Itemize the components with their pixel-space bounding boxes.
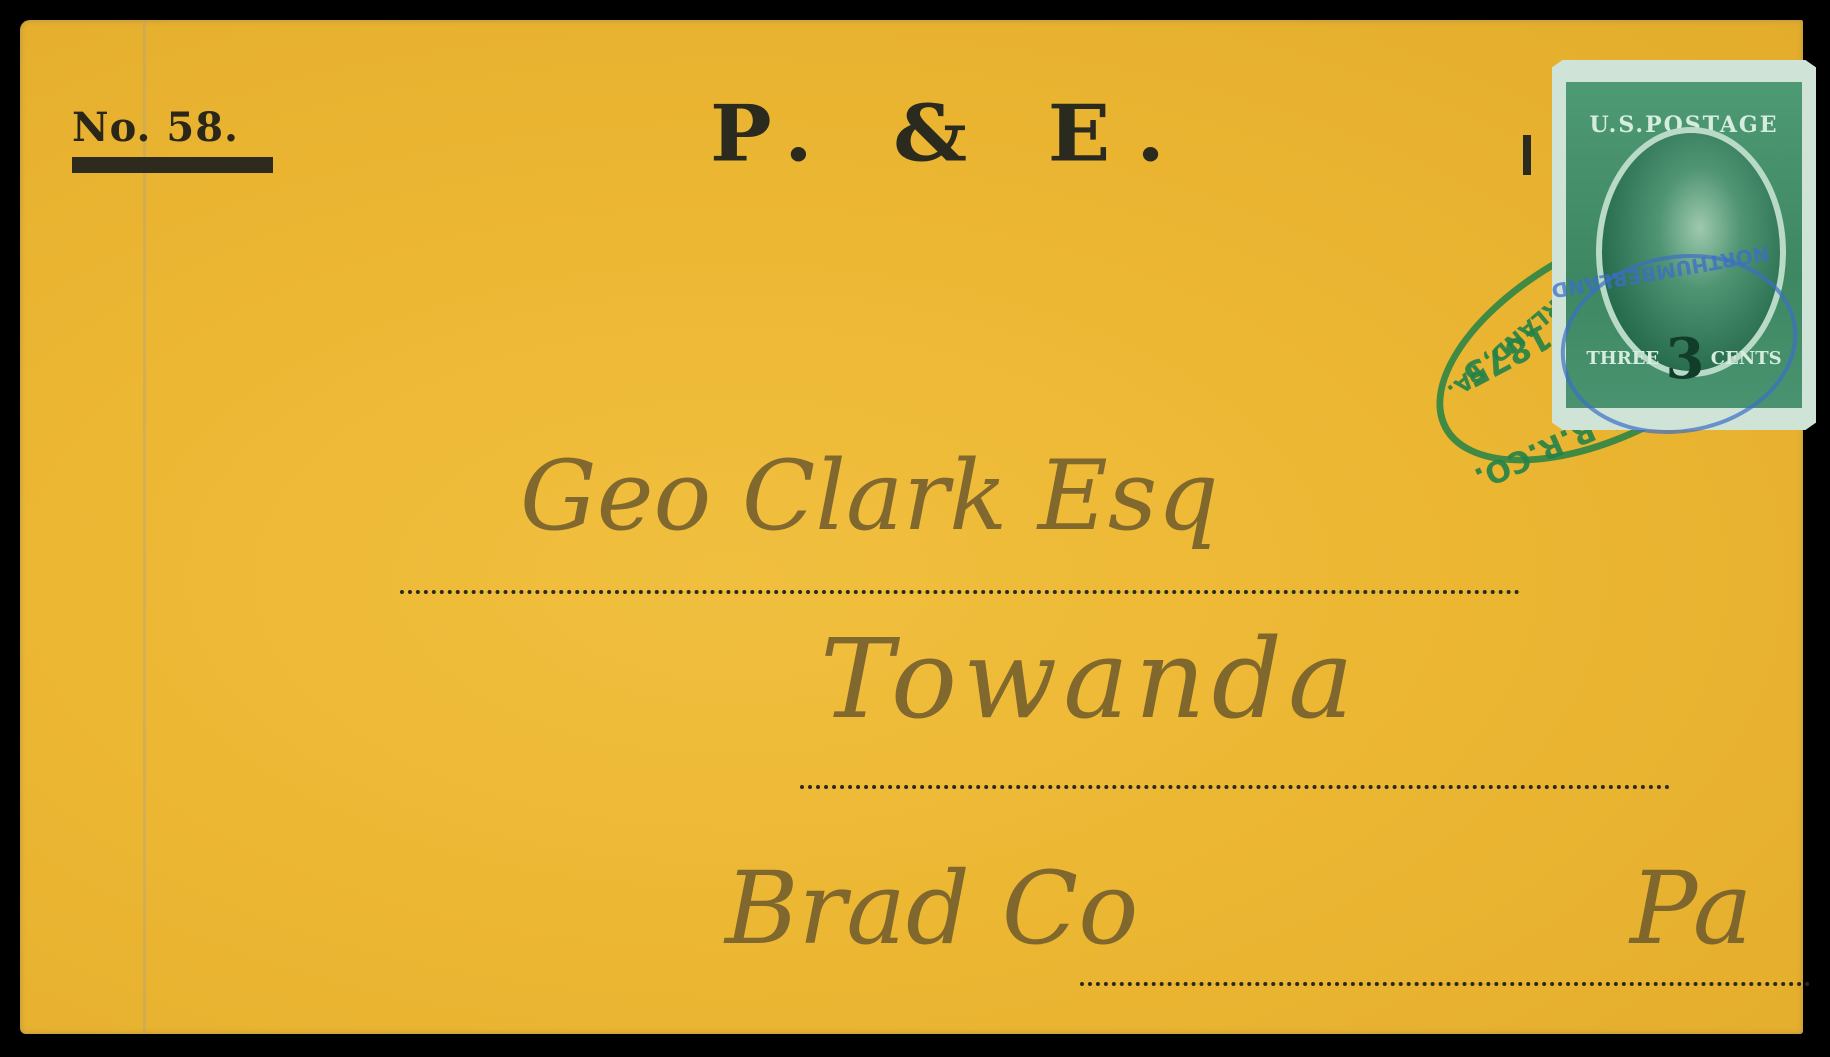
edge-mark <box>1523 135 1531 175</box>
company-initials: P. & E. <box>710 88 1191 179</box>
address-line-3: Brad Co <box>725 850 1138 967</box>
address-rule-1 <box>400 590 1520 594</box>
address-line-2: Towanda <box>820 615 1360 743</box>
address-rule-3 <box>1080 982 1810 986</box>
address-line-1: Geo Clark Esq <box>520 440 1219 552</box>
envelope: No. 58. P. & E. 1875 NORTHUMBERLAND, PA.… <box>20 20 1803 1034</box>
envelope-number: No. 58. <box>72 104 239 151</box>
address-rule-2 <box>800 785 1670 789</box>
number-underline <box>72 157 273 173</box>
address-state: Pa <box>1630 850 1752 967</box>
